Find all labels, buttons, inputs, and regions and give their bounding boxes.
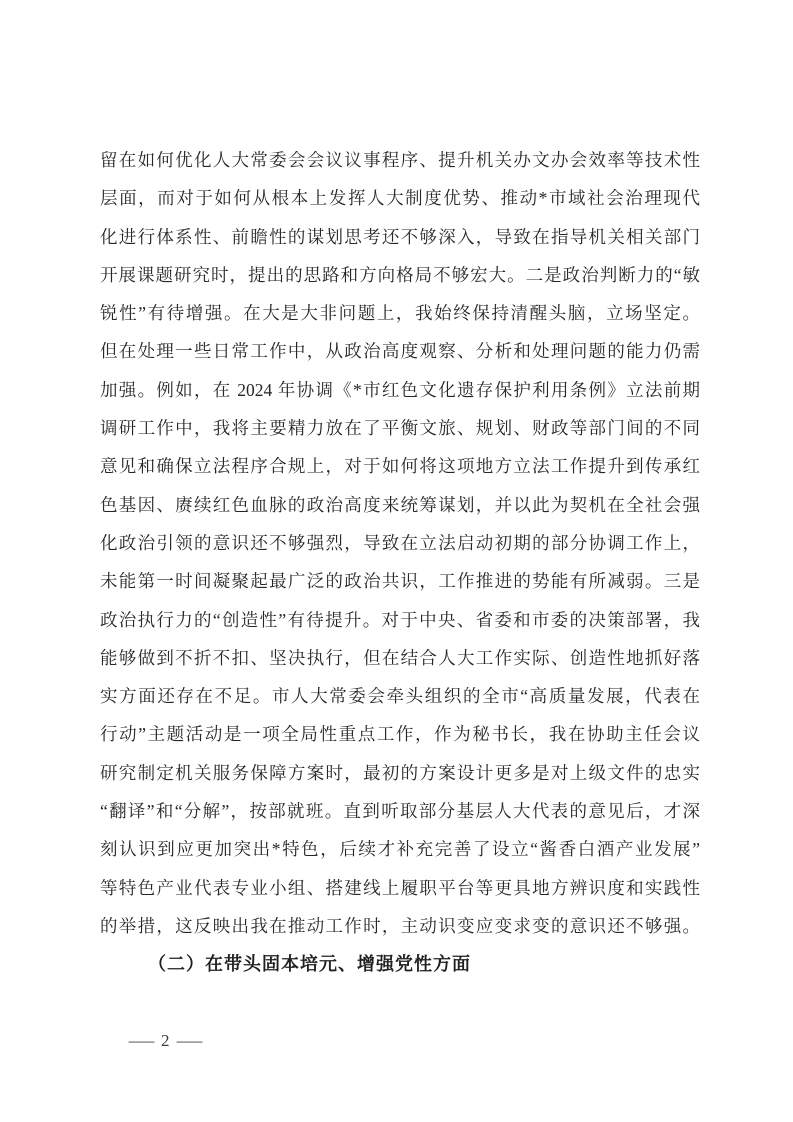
page-footer: —2—	[133, 1030, 198, 1052]
footer-dash-left: —	[129, 1030, 155, 1052]
body-line: 实方面还存在不足。市人大常委会牵头组织的全市“高质量发展，代表在	[100, 677, 700, 715]
body-line: 意见和确保立法程序合规上，对于如何将这项地方立法工作提升到传承红	[100, 447, 700, 485]
body-line: “翻译”和“分解”，按部就班。直到听取部分基层人大代表的意见后，才深	[100, 792, 700, 830]
document-page: 留在如何优化人大常委会会议议事程序、提升机关办文办会效率等技术性 层面，而对于如…	[0, 0, 793, 1122]
body-line: 的举措，这反映出我在推动工作时，主动识变应变求变的意识还不够强。	[100, 907, 700, 945]
footer-dash-right: —	[176, 1030, 202, 1052]
body-line: 色基因、赓续红色血脉的政治高度来统筹谋划，并以此为契机在全社会强	[100, 486, 700, 524]
page-number: 2	[161, 1030, 170, 1052]
body-line: 但在处理一些日常工作中，从政治高度观察、分析和处理问题的能力仍需	[100, 332, 700, 370]
body-line: 锐性”有待增强。在大是大非问题上，我始终保持清醒头脑，立场坚定。	[100, 294, 700, 332]
body-line: 未能第一时间凝聚起最广泛的政治共识，工作推进的势能有所减弱。三是	[100, 562, 700, 600]
body-line: 开展课题研究时，提出的思路和方向格局不够宏大。二是政治判断力的“敏	[100, 256, 700, 294]
body-line: 能够做到不折不扣、坚决执行，但在结合人大工作实际、创造性地抓好落	[100, 639, 700, 677]
text-block: 留在如何优化人大常委会会议议事程序、提升机关办文办会效率等技术性 层面，而对于如…	[100, 141, 700, 984]
body-line: 调研工作中，我将主要精力放在了平衡文旅、规划、财政等部门间的不同	[100, 409, 700, 447]
body-line: 加强。例如，在 2024 年协调《*市红色文化遗存保护利用条例》立法前期	[100, 371, 700, 409]
body-line: 研究制定机关服务保障方案时，最初的方案设计更多是对上级文件的忠实	[100, 754, 700, 792]
body-line: 政治执行力的“创造性”有待提升。对于中央、省委和市委的决策部署，我	[100, 601, 700, 639]
body-line: 化进行体系性、前瞻性的谋划思考还不够深入，导致在指导机关相关部门	[100, 218, 700, 256]
body-line: 行动”主题活动是一项全局性重点工作，作为秘书长，我在协助主任会议	[100, 715, 700, 753]
section-heading: （二）在带头固本培元、增强党性方面	[100, 945, 700, 983]
body-line: 刻认识到应更加突出*特色，后续才补充完善了设立“酱香白酒产业发展”	[100, 830, 700, 868]
body-line: 等特色产业代表专业小组、搭建线上履职平台等更具地方辨识度和实践性	[100, 869, 700, 907]
body-line: 化政治引领的意识还不够强烈，导致在立法启动初期的部分协调工作上，	[100, 524, 700, 562]
body-line: 层面，而对于如何从根本上发挥人大制度优势、推动*市域社会治理现代	[100, 179, 700, 217]
body-line: 留在如何优化人大常委会会议议事程序、提升机关办文办会效率等技术性	[100, 141, 700, 179]
